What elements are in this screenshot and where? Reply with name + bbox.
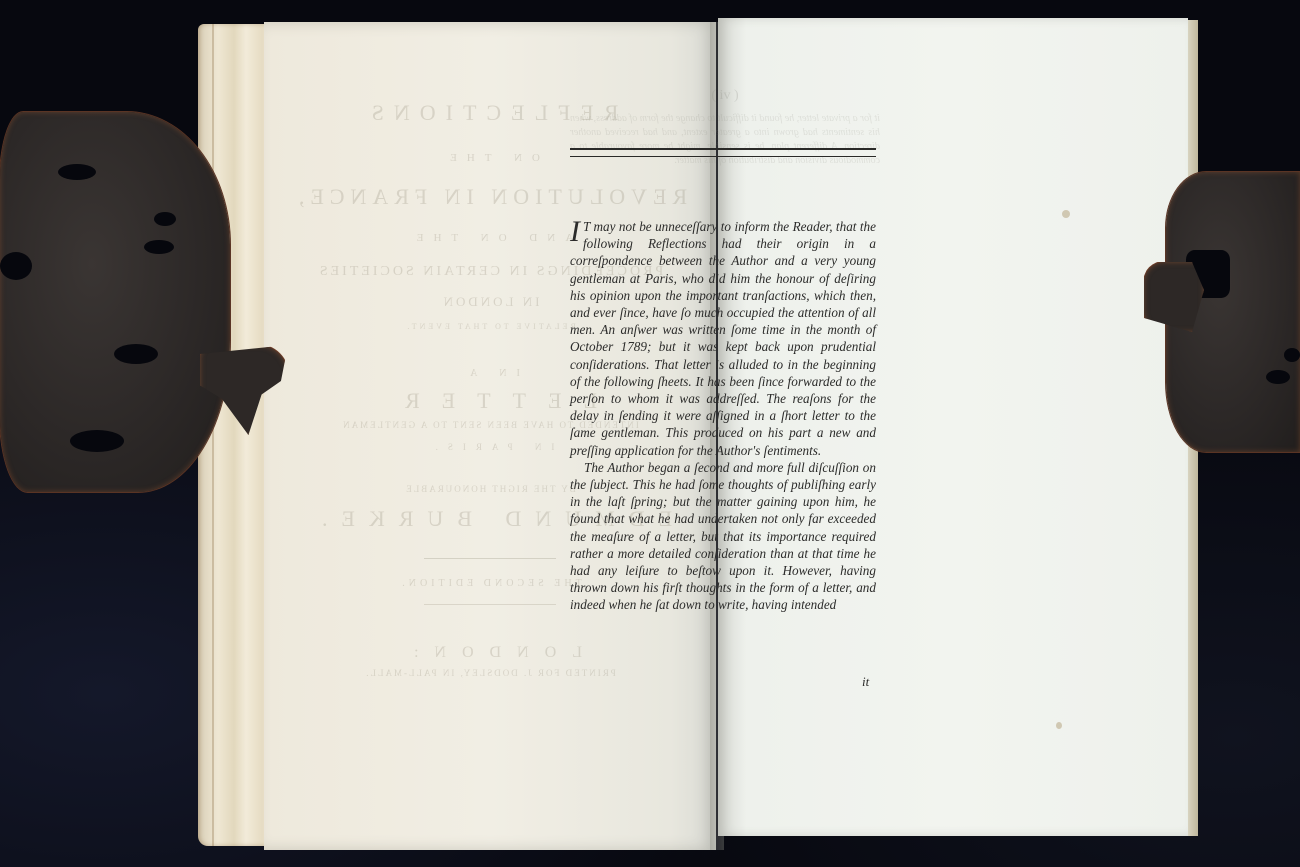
clasp-hole bbox=[144, 240, 174, 254]
clasp-hole bbox=[114, 344, 158, 364]
clasp-hole bbox=[1284, 348, 1300, 362]
paragraph-1: IT may not be unneceſſary to inform the … bbox=[570, 218, 876, 459]
ghost-rule bbox=[424, 558, 556, 559]
clasp-hole bbox=[70, 430, 124, 452]
clasp-hole bbox=[1266, 370, 1290, 384]
clasp-hole bbox=[0, 252, 32, 280]
clasp-hole bbox=[58, 164, 96, 180]
drop-cap: I bbox=[570, 220, 580, 244]
ghost-london: LONDON: bbox=[264, 644, 716, 662]
foxing-spot bbox=[1056, 722, 1062, 729]
ghost-revolution: REVOLUTION IN FRANCE, bbox=[264, 184, 716, 210]
double-rule-divider bbox=[570, 148, 876, 157]
show-through-page-number: ( iv ) bbox=[570, 88, 880, 104]
ghost-printer: PRINTED FOR J. DODSLEY, IN PALL-MALL. bbox=[264, 668, 716, 678]
foxing-spot bbox=[1062, 210, 1070, 218]
left-metal-clasp bbox=[0, 112, 230, 492]
paragraph-1-text: T may not be unneceſſary to inform the R… bbox=[570, 219, 876, 458]
show-through-text: it for a private letter, he found it dif… bbox=[570, 112, 880, 168]
clasp-hole bbox=[154, 212, 176, 226]
paragraph-2: The Author began a ſecond and more full … bbox=[570, 459, 876, 614]
ghost-rule-2 bbox=[424, 604, 556, 605]
catchword: it bbox=[862, 674, 869, 690]
body-text: IT may not be unneceſſary to inform the … bbox=[570, 218, 876, 614]
